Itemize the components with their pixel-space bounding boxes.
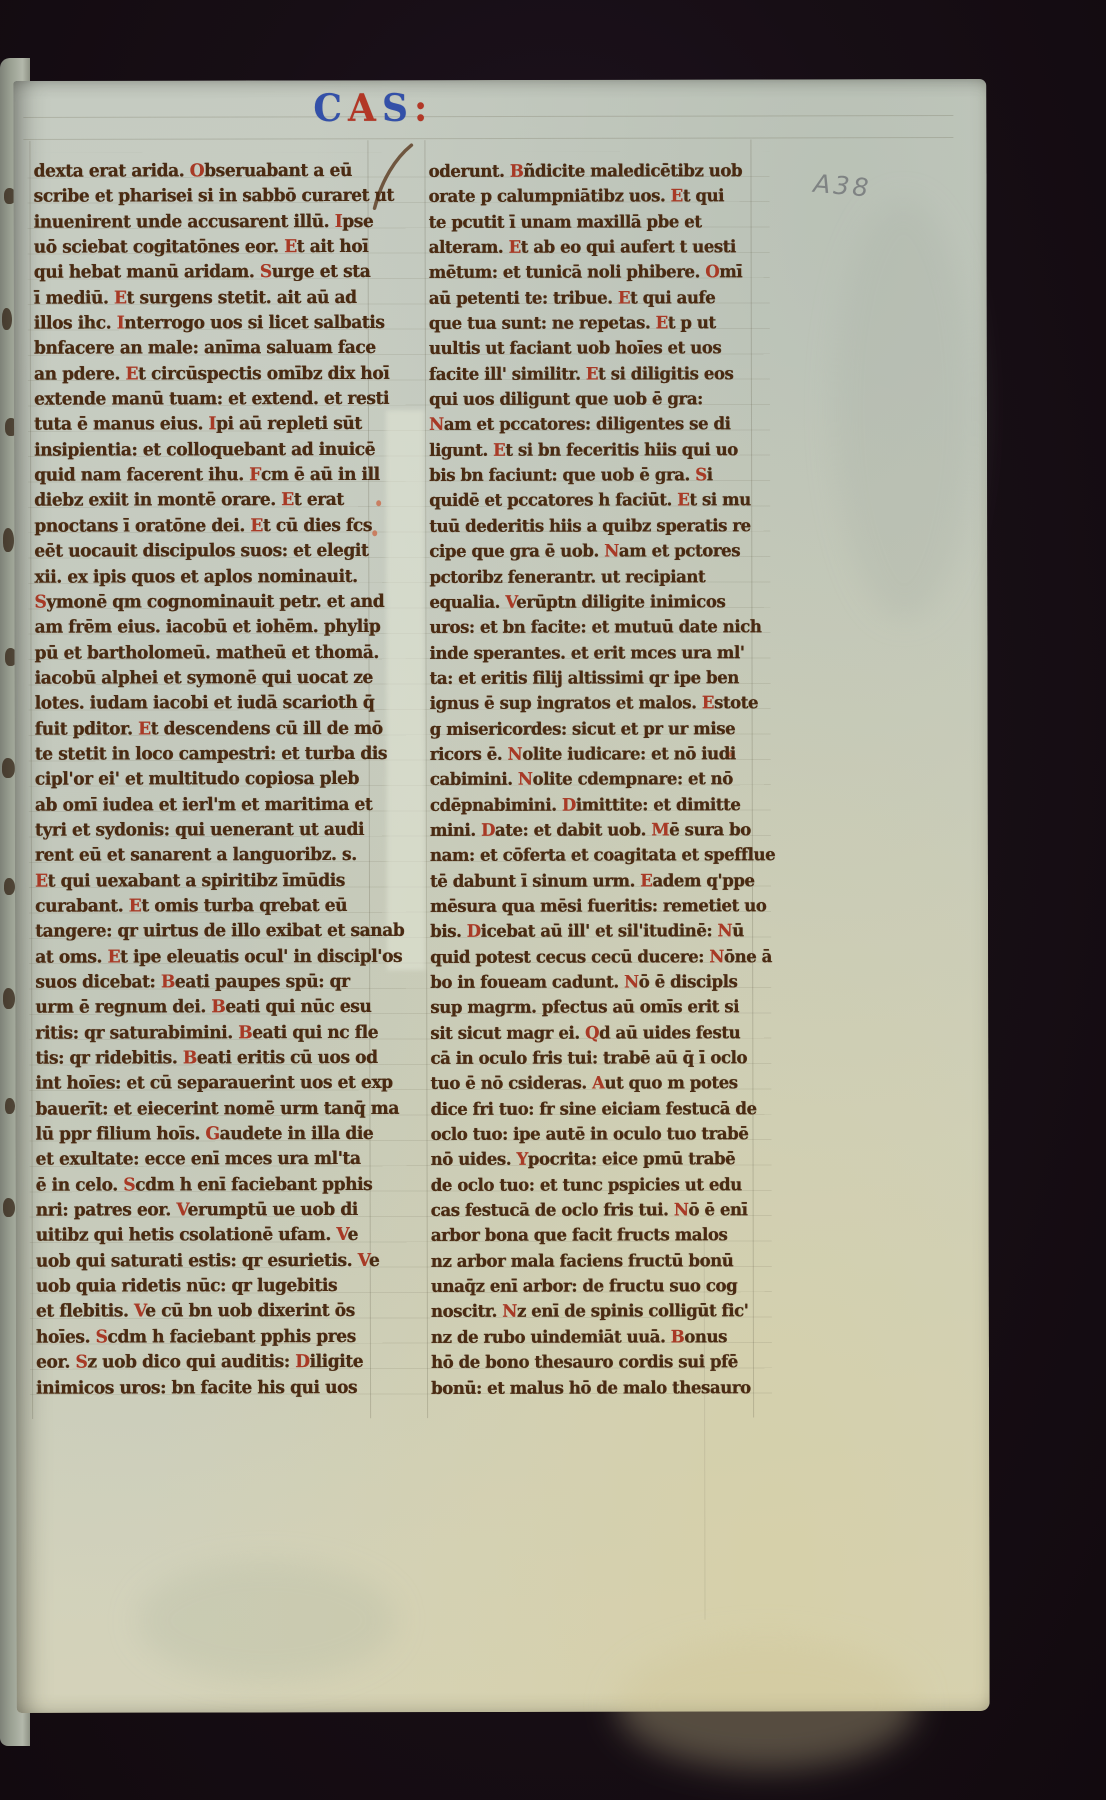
facing-page-ink-mark	[5, 1098, 15, 1114]
folio-annotation: A38	[812, 169, 872, 203]
text-line: inimicos uros: bn facite his qui uos	[36, 1375, 378, 1402]
text-line: facite ill' similitr. Et si diligitis eo…	[429, 360, 747, 387]
text-line: cā in oculo fris tui: trabē aū q̄ ī oclo	[430, 1045, 748, 1072]
text-line: cipe que gra ē uob. Nam et pctores	[429, 538, 747, 565]
text-line: arbor bona que facit fructs malos	[431, 1222, 749, 1249]
text-line: fuit pditor. Et descendens cū ill de mō	[35, 716, 377, 743]
pigment-speck	[376, 500, 381, 506]
text-line: nam: et cōferta et coagitata et spefflue	[430, 842, 748, 869]
text-line: ligunt. Et si bn feceritis hiis qui uo	[429, 436, 747, 463]
ruling-line-header	[23, 115, 953, 118]
column-rule	[29, 141, 33, 1419]
text-line: Nam et pccatores: diligentes se di	[429, 411, 747, 438]
text-line: extende manū tuam: et extend. et resti	[34, 386, 376, 413]
text-line: inuenirent unde accusarent illū. Ipse	[34, 209, 376, 236]
text-line: noscitr. Nz enī de spinis colligūt fic'	[431, 1298, 749, 1325]
text-line: suos dicebat: Beati paupes spū: qr	[35, 969, 377, 996]
text-line: g misericordes: sicut et pr ur mise	[430, 715, 748, 742]
running-title-letter: :	[414, 87, 433, 129]
facing-page-ink-mark	[3, 528, 14, 552]
text-line: ta: et eritis filij altissimi qr ipe ben	[430, 664, 748, 691]
text-line: inde sperantes. et erit mces ura ml'	[429, 639, 747, 666]
text-line: qui hebat manū aridam. Surge et sta	[34, 260, 376, 287]
facing-page-ink-mark	[2, 758, 15, 778]
facing-page-ink-mark	[2, 308, 12, 330]
text-line: cdēpnabimini. Dimittite: et dimitte	[430, 791, 748, 818]
text-line: nz arbor mala faciens fructū bonū	[431, 1247, 749, 1274]
text-line: tē dabunt ī sinum urm. Eadem q'ppe	[430, 867, 748, 894]
text-line: uultis ut faciant uob hoīes et uos	[429, 335, 747, 362]
text-line: tyri et sydonis: qui uenerant ut audi	[35, 817, 377, 844]
text-line: tis: qr ridebitis. Beati eritis cū uos o…	[35, 1045, 377, 1072]
text-line: pnoctans ī oratōne dei. Et cū dies fcs	[34, 513, 376, 540]
running-title-letter: S	[382, 87, 414, 129]
text-line: xii. ex ipis quos et aplos nominauit.	[34, 564, 376, 591]
parchment-stain	[834, 199, 975, 619]
text-line: pū et bartholomeū. matheū et thomā.	[34, 640, 376, 667]
text-line: hoīes. Scdm h faciebant pphis pres	[36, 1324, 378, 1351]
text-line: ricors ē. Nolite iudicare: et nō iudi	[430, 740, 748, 767]
text-line: int hoīes: et cū separauerint uos et exp	[35, 1071, 377, 1098]
text-line: bis. Dicebat aū ill' et sil'itudinē: Nū	[430, 918, 748, 945]
photographic-backdrop: { "palette": { "backdrop": "#170e15", "p…	[0, 0, 1106, 1800]
text-line: que tua sunt: ne repetas. Et p ut	[429, 310, 747, 337]
text-line: tuta ē manus eius. Ipi aū repleti sūt	[34, 412, 376, 439]
text-line: urm ē regnum dei. Beati qui nūc esu	[35, 995, 377, 1022]
text-line: diebz exiit in montē orare. Et erat	[34, 488, 376, 515]
parchment-stain	[136, 1560, 396, 1681]
text-line: uō sciebat cogitatōnes eor. Et ait hoī	[34, 234, 376, 261]
text-line: de oclo tuo: et tunc pspicies ut edu	[431, 1171, 749, 1198]
text-line: at oms. Et ipe eleuatis ocul' in discipl…	[35, 944, 377, 971]
text-line: uros: et bn facite: et mutuū date nich	[429, 614, 747, 641]
text-line: mēsura qua mēsi fueritis: remetiet uo	[430, 892, 748, 919]
text-line: hō de bono thesauro cordis sui pfē	[431, 1349, 749, 1376]
text-line: unaq̄z enī arbor: de fructu suo cog	[431, 1273, 749, 1300]
text-line: scribe et pharisei si in sabbō curaret u…	[34, 184, 376, 211]
text-line: ab omī iudea et ierl'm et maritima et	[35, 792, 377, 819]
text-line: am frēm eius. iacobū et iohēm. phylip	[34, 614, 376, 641]
text-line: nō uides. Ypocrita: eice pmū trabē	[431, 1146, 749, 1173]
text-line: orate p calumpniātibz uos. Et qui	[429, 183, 747, 210]
text-line: ī mediū. Et surgens stetit. ait aū ad	[34, 285, 376, 312]
text-line: te pcutit ī unam maxillā pbe et	[429, 208, 747, 235]
running-title-letter: A	[348, 87, 382, 129]
text-line: quid potest cecus cecū ducere: Nōne ā	[430, 943, 748, 970]
text-line: equalia. Verūptn diligite inimicos	[429, 588, 747, 615]
parchment-stain	[617, 1639, 917, 1770]
text-line: et flebitis. Ve cū bn uob dixerint ōs	[36, 1299, 378, 1326]
text-line: nri: patres eor. Verumptū ue uob di	[36, 1197, 378, 1224]
text-line: dexta erat arida. Obseruabant a eū	[33, 158, 375, 185]
facing-page-ink-mark	[3, 1198, 15, 1217]
text-line: ē in celo. Scdm h enī faciebant pphis	[36, 1172, 378, 1199]
text-line: iacobū alphei et symonē qui uocat ze	[35, 665, 377, 692]
text-line: et exultate: ecce enī mces ura ml'ta	[36, 1147, 378, 1174]
text-line: oclo tuo: ipe autē in oculo tuo trabē	[430, 1121, 748, 1148]
text-line: dice fri tuo: fr sine eiciam festucā de	[430, 1095, 748, 1122]
text-line: aū petenti te: tribue. Et qui aufe	[429, 284, 747, 311]
text-line: quid nam facerent ihu. Fcm ē aū in ill	[34, 462, 376, 489]
text-line: ignus ē sup ingratos et malos. Estote	[430, 690, 748, 717]
text-line: cipl'or ei' et multitudo copiosa pleb	[35, 767, 377, 794]
facing-page-ink-mark	[3, 988, 15, 1009]
text-line: mētum: et tunicā noli phibere. Omī	[429, 259, 747, 286]
text-line: qui uos diligunt que uob ē gra:	[429, 386, 747, 413]
ruling-line-header	[23, 137, 953, 140]
text-line: bis bn faciunt: que uob ē gra. Si	[429, 462, 747, 489]
text-line: nz de rubo uindemiāt uuā. Bonus	[431, 1323, 749, 1350]
text-line: mini. Date: et dabit uob. Mē sura bo	[430, 816, 748, 843]
manuscript-page: CAS: A38 dexta erat arida. Obseruabant a…	[13, 79, 989, 1713]
text-line: Et qui uexabant a spiritibz īmūdis	[35, 868, 377, 895]
text-line: alteram. Et ab eo qui aufert t uesti	[429, 234, 747, 261]
scraped-intercolumn-band	[386, 410, 425, 970]
text-line: bnfacere an male: anīma saluam face	[34, 336, 376, 363]
text-line: cas festucā de oclo fris tui. Nō ē enī	[431, 1197, 749, 1224]
running-title: CAS:	[313, 88, 433, 128]
text-line: lū ppr filium hoīs. Gaudete in illa die	[35, 1121, 377, 1148]
text-line: bauerīt: et eiecerint nomē urm tanq̄ ma	[35, 1096, 377, 1123]
text-line: illos ihc. Interrogo uos si licet salbat…	[34, 310, 376, 337]
text-line: te stetit in loco campestri: et turba di…	[35, 741, 377, 768]
text-line: cabimini. Nolite cdempnare: et nō	[430, 766, 748, 793]
text-line: lotes. iudam iacobi et iudā scarioth q̄	[35, 690, 377, 717]
text-line: eor. Sz uob dico qui auditis: Diligite	[36, 1349, 378, 1376]
text-line: pctoribz fenerantr. ut recipiant	[429, 563, 747, 590]
text-line: eēt uocauit discipulos suos: et elegit	[34, 538, 376, 565]
column-rule	[750, 139, 754, 1417]
text-line: tuū dederitis hiis a quibz speratis re	[429, 512, 747, 539]
text-column-left: dexta erat arida. Obseruabant a eūscribe…	[33, 158, 378, 1401]
text-line: curabant. Et omis turba qrebat eū	[35, 893, 377, 920]
text-line: uob quia ridetis nūc: qr lugebitis	[36, 1273, 378, 1300]
text-column-right: oderunt. Bñdicite maledicētibz uoborate …	[428, 157, 749, 1400]
text-line: rent eū et sanarent a languoribz. s.	[35, 843, 377, 870]
text-line: bonū: et malus hō de malo thesauro	[431, 1374, 749, 1401]
text-line: tuo ē nō csideras. Aut quo m potes	[430, 1070, 748, 1097]
text-line: insipientia: et colloquebant ad inuicē	[34, 437, 376, 464]
running-title-letter: C	[313, 87, 348, 129]
text-line: uob qui saturati estis: qr esurietis. Ve	[36, 1248, 378, 1275]
text-line: quidē et pccatores h faciūt. Et si mu	[429, 487, 747, 514]
text-line: sit sicut magr ei. Qd aū uides festu	[430, 1019, 748, 1046]
text-line: uitibz qui hetis csolationē ufam. Ve	[36, 1223, 378, 1250]
text-line: ritis: qr saturabimini. Beati qui nc fle	[35, 1020, 377, 1047]
text-line: oderunt. Bñdicite maledicētibz uob	[428, 157, 746, 184]
text-line: bo in foueam cadunt. Nō ē discipls	[430, 968, 748, 995]
facing-page-ink-mark	[4, 878, 15, 895]
column-rule	[424, 140, 428, 1418]
text-line: sup magrm. pfectus aū omīs erit si	[430, 994, 748, 1021]
text-line: tangere: qr uirtus de illo exibat et san…	[35, 919, 377, 946]
text-line: Symonē qm cognominauit petr. et and	[34, 589, 376, 616]
text-line: an pdere. Et circūspectis omībz dix hoī	[34, 361, 376, 388]
